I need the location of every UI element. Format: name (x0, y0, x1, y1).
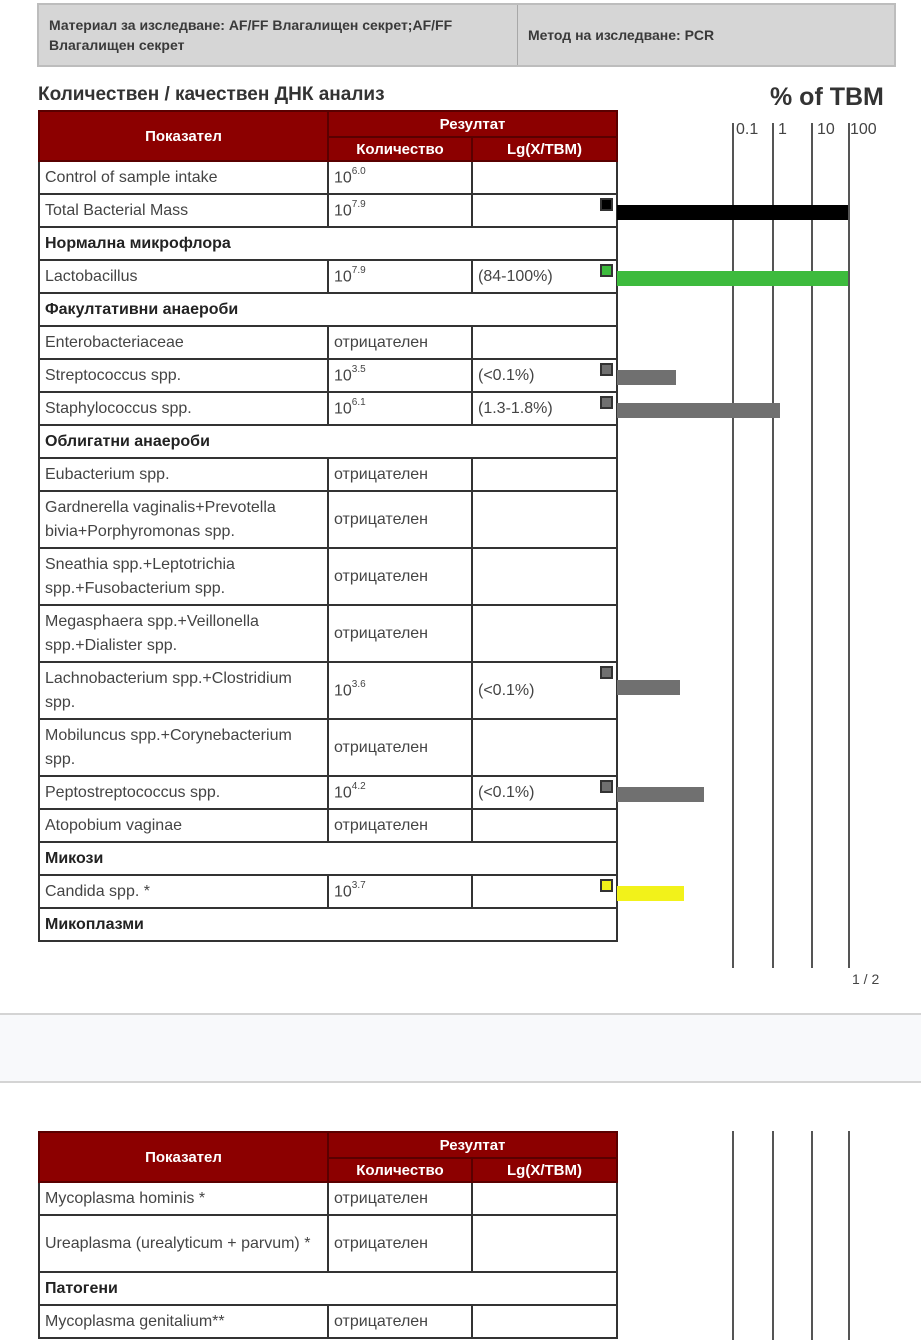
table-row: Sneathia spp.+Leptotrichia spp.+Fusobact… (39, 548, 617, 605)
legend-color-square-icon (600, 666, 613, 679)
lg-value (472, 326, 617, 359)
quantity-value: 106.0 (328, 161, 472, 194)
header-quantity: Количество (328, 137, 472, 161)
table-row: Enterobacteriaceaeотрицателен (39, 326, 617, 359)
header-result: Резултат (328, 1132, 617, 1158)
lg-value (472, 491, 617, 548)
quantity-base: отрицателен (334, 817, 428, 834)
table-row: Mycoplasma genitalium**отрицателен (39, 1305, 617, 1338)
quantity-base: 10 (334, 367, 352, 384)
quantity-base: отрицателен (334, 1190, 428, 1207)
quantity-base: отрицателен (334, 511, 428, 528)
tbm-bar (617, 886, 684, 901)
indicator-name: Eubacterium spp. (39, 458, 328, 491)
group-header-row: Нормална микрофлора (39, 227, 617, 260)
quantity-base: 10 (334, 784, 352, 801)
quantity-base: отрицателен (334, 1235, 428, 1252)
lg-value (472, 458, 617, 491)
quantity-base: 10 (334, 169, 352, 186)
header-indicator: Показател (39, 1132, 328, 1182)
quantity-base: отрицателен (334, 334, 428, 351)
quantity-value: отрицателен (328, 719, 472, 776)
quantity-base: 10 (334, 400, 352, 417)
quantity-exponent: 7.9 (352, 265, 366, 276)
header-lg: Lg(X/TBM) (472, 137, 617, 161)
lg-value: (<0.1%) (472, 359, 617, 392)
lg-value (472, 161, 617, 194)
table-row: Megasphaera spp.+Veillonella spp.+Dialis… (39, 605, 617, 662)
quantity-value: отрицателен (328, 491, 472, 548)
legend-color-square-icon (600, 879, 613, 892)
axis-gridline (772, 1131, 774, 1340)
axis-tick-label: 0.1 (736, 121, 758, 139)
group-label: Факултативни анаероби (39, 293, 617, 326)
table-row: Mobiluncus spp.+Corynebacterium spp.отри… (39, 719, 617, 776)
legend-color-square-icon (600, 780, 613, 793)
quantity-base: 10 (334, 883, 352, 900)
group-label: Нормална микрофлора (39, 227, 617, 260)
lg-value: (<0.1%) (472, 662, 617, 719)
table-row: Eubacterium spp.отрицателен (39, 458, 617, 491)
header-lg: Lg(X/TBM) (472, 1158, 617, 1182)
quantity-value: 103.5 (328, 359, 472, 392)
quantity-value: 107.9 (328, 260, 472, 293)
quantity-value: отрицателен (328, 1305, 472, 1338)
legend-color-square-icon (600, 198, 613, 211)
lg-value: (1.3-1.8%) (472, 392, 617, 425)
indicator-name: Atopobium vaginae (39, 809, 328, 842)
quantity-exponent: 7.9 (352, 199, 366, 210)
table-row: Control of sample intake106.0 (39, 161, 617, 194)
quantity-base: отрицателен (334, 568, 428, 585)
tbm-bar (617, 370, 676, 385)
table-row: Total Bacterial Mass107.9 (39, 194, 617, 227)
quantity-value: 107.9 (328, 194, 472, 227)
quantity-exponent: 3.7 (352, 880, 366, 891)
indicator-name: Candida spp. * (39, 875, 328, 908)
group-label: Облигатни анаероби (39, 425, 617, 458)
quantity-value: отрицателен (328, 1215, 472, 1272)
lg-value: (84-100%) (472, 260, 617, 293)
group-label: Патогени (39, 1272, 617, 1305)
header-result: Резултат (328, 111, 617, 137)
lg-value (472, 1215, 617, 1272)
lg-value (472, 719, 617, 776)
table-row: Peptostreptococcus spp.104.2(<0.1%) (39, 776, 617, 809)
tbm-bar (617, 205, 848, 220)
indicator-name: Ureaplasma (urealyticum + parvum) * (39, 1215, 328, 1272)
quantity-value: отрицателен (328, 809, 472, 842)
group-label: Микоплазми (39, 908, 617, 941)
quantity-base: отрицателен (334, 625, 428, 642)
table-row: Lachnobacterium spp.+Clostridium spp.103… (39, 662, 617, 719)
axis-gridline (772, 123, 774, 968)
indicator-name: Peptostreptococcus spp. (39, 776, 328, 809)
page-separator (0, 1013, 921, 1083)
lg-value (472, 194, 617, 227)
sample-info-box: Материал за изследване: AF/FF Влагалищен… (37, 3, 896, 67)
quantity-value: отрицателен (328, 548, 472, 605)
table-row: Candida spp. *103.7 (39, 875, 617, 908)
quantity-base: отрицателен (334, 1313, 428, 1330)
lg-value: (<0.1%) (472, 776, 617, 809)
tbm-bar (617, 680, 680, 695)
table-row: Ureaplasma (urealyticum + parvum) *отриц… (39, 1215, 617, 1272)
indicator-name: Control of sample intake (39, 161, 328, 194)
tbm-bar (617, 403, 780, 418)
axis-gridline (848, 123, 850, 968)
lg-value (472, 1182, 617, 1215)
quantity-base: 10 (334, 268, 352, 285)
axis-tick-label: 100 (850, 121, 877, 139)
group-label: Микози (39, 842, 617, 875)
indicator-name: Sneathia spp.+Leptotrichia spp.+Fusobact… (39, 548, 328, 605)
table-row: Staphylococcus spp.106.1(1.3-1.8%) (39, 392, 617, 425)
group-header-row: Микози (39, 842, 617, 875)
lg-value (472, 809, 617, 842)
indicator-name: Mycoplasma genitalium** (39, 1305, 328, 1338)
legend-color-square-icon (600, 363, 613, 376)
tbm-bar (617, 787, 704, 802)
axis-gridline (811, 123, 813, 968)
tbm-bar (617, 271, 848, 286)
indicator-name: Lachnobacterium spp.+Clostridium spp. (39, 662, 328, 719)
axis-gridline (811, 1131, 813, 1340)
quantity-value: отрицателен (328, 458, 472, 491)
header-indicator: Показател (39, 111, 328, 161)
results-table-page1: Показател Резултат Количество Lg(X/TBM) … (38, 110, 618, 942)
legend-color-square-icon (600, 396, 613, 409)
quantity-value: 106.1 (328, 392, 472, 425)
axis-gridline (732, 1131, 734, 1340)
page-number: 1 / 2 (852, 971, 879, 987)
group-header-row: Облигатни анаероби (39, 425, 617, 458)
indicator-name: Total Bacterial Mass (39, 194, 328, 227)
quantity-exponent: 4.2 (352, 781, 366, 792)
lg-value (472, 605, 617, 662)
indicator-name: Mycoplasma hominis * (39, 1182, 328, 1215)
indicator-name: Gardnerella vaginalis+Prevotella bivia+P… (39, 491, 328, 548)
quantity-exponent: 6.0 (352, 166, 366, 177)
quantity-exponent: 6.1 (352, 397, 366, 408)
quantity-value: 103.6 (328, 662, 472, 719)
quantity-value: 103.7 (328, 875, 472, 908)
axis-tick-label: 10 (817, 121, 835, 139)
quantity-exponent: 3.6 (352, 679, 366, 690)
axis-gridline (732, 123, 734, 968)
indicator-name: Lactobacillus (39, 260, 328, 293)
axis-gridline (848, 1131, 850, 1340)
indicator-name: Megasphaera spp.+Veillonella spp.+Dialis… (39, 605, 328, 662)
table-row: Atopobium vaginaeотрицателен (39, 809, 617, 842)
quantity-base: отрицателен (334, 739, 428, 756)
axis-tick-label: 1 (778, 121, 787, 139)
header-quantity: Количество (328, 1158, 472, 1182)
lg-value (472, 875, 617, 908)
legend-color-square-icon (600, 264, 613, 277)
quantity-exponent: 3.5 (352, 364, 366, 375)
results-table-page2: Показател Резултат Количество Lg(X/TBM) … (38, 1131, 618, 1339)
method-info: Метод на изследване: PCR (518, 5, 724, 65)
indicator-name: Mobiluncus spp.+Corynebacterium spp. (39, 719, 328, 776)
lg-value (472, 548, 617, 605)
group-header-row: Микоплазми (39, 908, 617, 941)
material-info: Материал за изследване: AF/FF Влагалищен… (39, 5, 518, 65)
tbm-chart-title: % of TBM (770, 83, 884, 112)
section-title: Количествен / качествен ДНК анализ (38, 84, 385, 106)
indicator-name: Enterobacteriaceae (39, 326, 328, 359)
quantity-value: отрицателен (328, 1182, 472, 1215)
table-row: Mycoplasma hominis *отрицателен (39, 1182, 617, 1215)
indicator-name: Staphylococcus spp. (39, 392, 328, 425)
quantity-value: 104.2 (328, 776, 472, 809)
group-header-row: Патогени (39, 1272, 617, 1305)
indicator-name: Streptococcus spp. (39, 359, 328, 392)
quantity-value: отрицателен (328, 605, 472, 662)
quantity-base: 10 (334, 202, 352, 219)
quantity-base: отрицателен (334, 466, 428, 483)
group-header-row: Факултативни анаероби (39, 293, 617, 326)
table-row: Gardnerella vaginalis+Prevotella bivia+P… (39, 491, 617, 548)
quantity-base: 10 (334, 682, 352, 699)
table-row: Streptococcus spp.103.5(<0.1%) (39, 359, 617, 392)
table-row: Lactobacillus107.9(84-100%) (39, 260, 617, 293)
quantity-value: отрицателен (328, 326, 472, 359)
lg-value (472, 1305, 617, 1338)
